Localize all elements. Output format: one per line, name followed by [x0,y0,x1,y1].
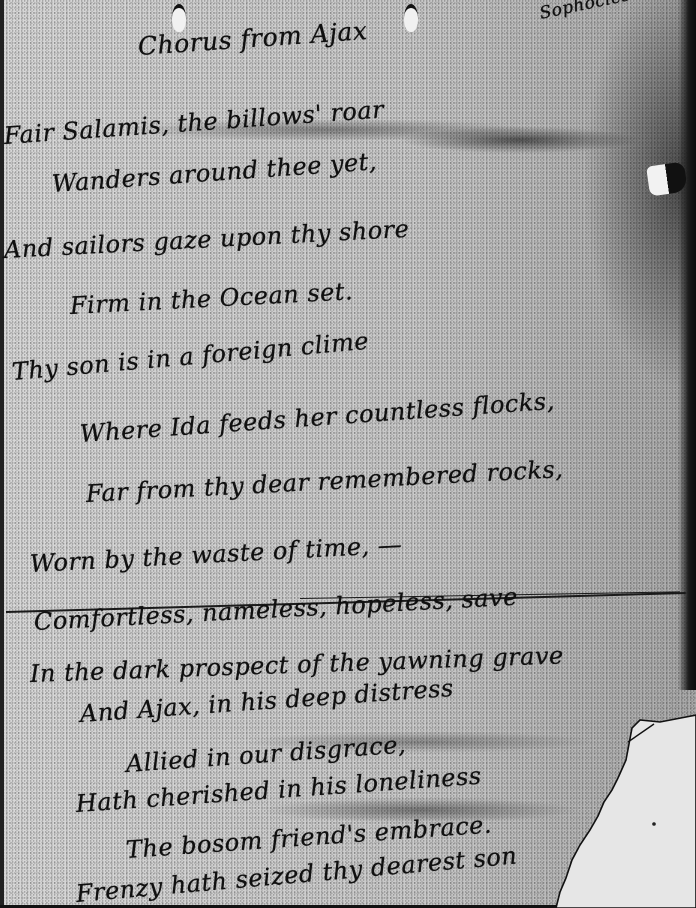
manuscript-page: Sophocles Chorus from Ajax Fair Salamis,… [0,0,696,908]
